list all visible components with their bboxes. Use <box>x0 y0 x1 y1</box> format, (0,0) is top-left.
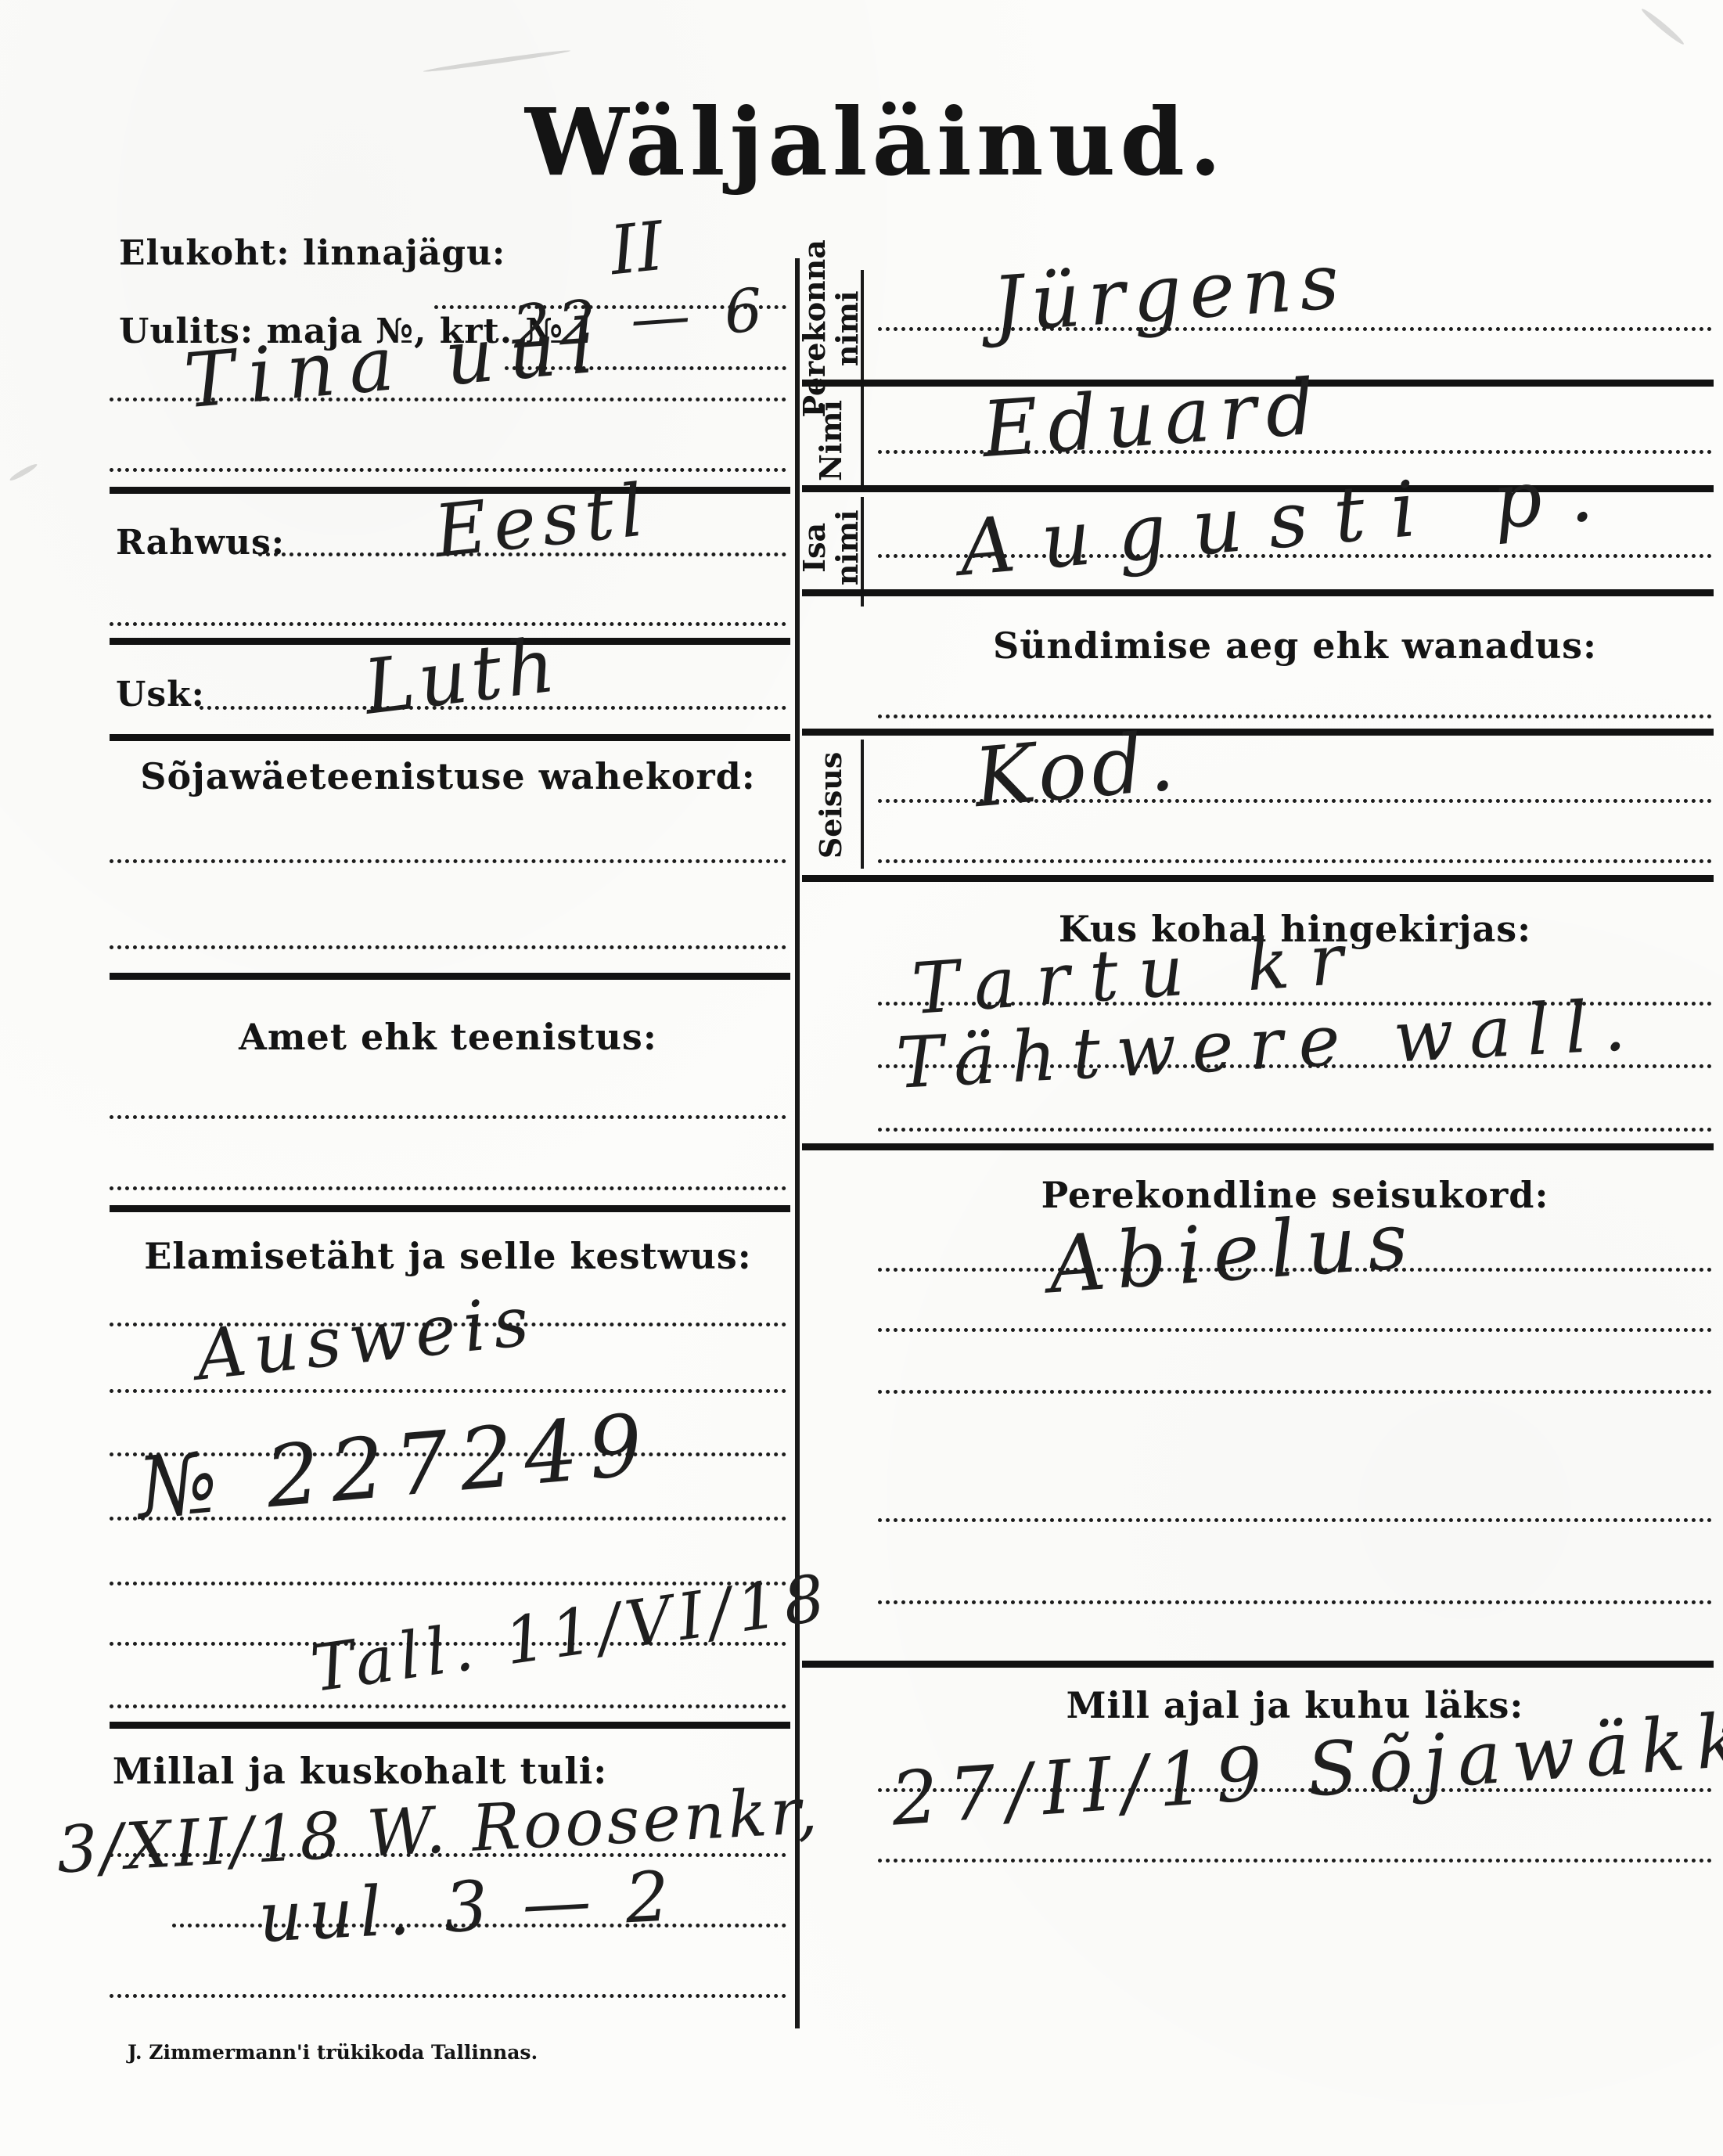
residence-label: Elukoht: linnajägu: <box>119 233 505 273</box>
fill-line <box>110 1115 786 1119</box>
fill-line <box>110 1186 786 1190</box>
occupation-heading: Amet ehk teenistus: <box>110 1016 786 1058</box>
section-rule <box>110 1722 790 1729</box>
fill-line <box>878 1788 1712 1792</box>
fill-line <box>110 1452 786 1456</box>
permit-heading: Elamisetäht ja selle kestwus: <box>110 1235 786 1277</box>
scan-artifact <box>423 49 571 74</box>
scan-artifact <box>1640 6 1686 46</box>
section-rule <box>110 734 790 741</box>
fill-line <box>878 1518 1712 1522</box>
printer-credit: J. Zimmermann'i trükikoda Tallinnas. <box>128 2041 538 2064</box>
page-title: Wäljaläinud. <box>14 88 1723 196</box>
permit-entry-1: Ausweis <box>192 1280 540 1395</box>
fill-line <box>110 859 786 863</box>
father-name-label-line1: Isa <box>797 523 832 573</box>
family-name-label-line2: nimi <box>829 290 865 366</box>
father-name-label: Isa nimi <box>798 470 864 626</box>
fill-line <box>878 714 1712 718</box>
label-rule <box>861 270 864 391</box>
section-rule <box>110 1205 790 1212</box>
nationality-entry: Eestl <box>430 468 653 574</box>
fill-line <box>878 1390 1712 1394</box>
scanned-form-page: Wäljaläinud. Elukoht: linnajägu: II Uuli… <box>0 0 1723 2156</box>
fill-line <box>878 1859 1712 1863</box>
fill-line <box>110 1704 786 1708</box>
section-rule <box>802 729 1714 736</box>
label-rule <box>861 740 864 869</box>
fill-line <box>110 1517 786 1521</box>
fill-line <box>110 1994 786 1998</box>
fill-line <box>878 1268 1712 1272</box>
birth-heading: Sündimise aeg ehk wanadus: <box>878 624 1712 667</box>
section-rule <box>802 589 1714 596</box>
military-heading: Sõjawäeteenistuse wahekord: <box>110 755 786 797</box>
section-rule <box>802 1661 1714 1668</box>
section-rule <box>110 973 790 980</box>
fill-line <box>878 1600 1712 1604</box>
fill-line <box>110 1853 786 1857</box>
fill-line <box>110 1642 786 1646</box>
fill-line <box>110 1389 786 1393</box>
fill-line <box>110 468 786 472</box>
section-rule <box>802 875 1714 882</box>
fill-line <box>878 859 1712 863</box>
residence-entry: II <box>606 207 667 291</box>
section-rule <box>802 1143 1714 1150</box>
religion-label: Usk: <box>116 675 205 714</box>
fill-line <box>878 1128 1712 1132</box>
nationality-label: Rahwus: <box>116 523 285 563</box>
status-label: Seisus <box>815 719 847 891</box>
status-entry: Kod. <box>970 713 1182 826</box>
family-name-entry: Jürgens <box>990 236 1350 350</box>
fill-line <box>878 1328 1712 1332</box>
fill-line <box>878 1064 1712 1068</box>
fill-line <box>110 945 786 949</box>
fill-line <box>110 622 786 626</box>
status-label-text: Seisus <box>813 752 848 858</box>
scan-artifact <box>9 462 38 482</box>
father-name-label-line2: nimi <box>829 509 865 585</box>
fill-line <box>172 1924 786 1927</box>
